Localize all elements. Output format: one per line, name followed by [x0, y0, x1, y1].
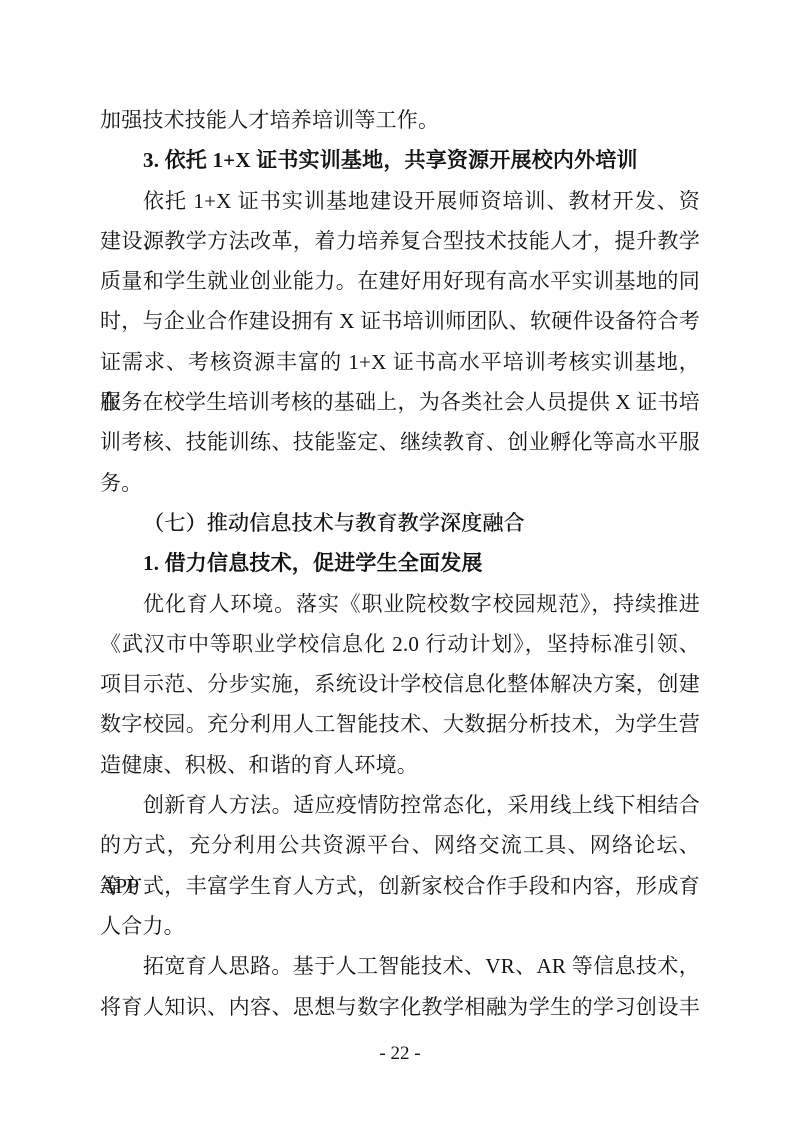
text-line: 将育人知识、内容、思想与数字化教学相融为学生的学习创设丰 — [100, 987, 700, 1027]
text-line: 加强技术技能人才培养培训等工作。 — [100, 100, 700, 140]
text-line: 项目示范、分步实施，系统设计学校信息化整体解决方案，创建 — [100, 664, 700, 704]
text-line: 《武汉市中等职业学校信息化 2.0 行动计划》，坚持标准引领、 — [100, 624, 700, 664]
text-line: 等方式，丰富学生育人方式，创新家校合作手段和内容，形成育 — [100, 866, 700, 906]
text-line: 建设、教学方法改革，着力培养复合型技术技能人才，提升教学 — [100, 221, 700, 261]
text-line: 证需求、考核资源丰富的 1+X 证书高水平培训考核实训基地，在 — [100, 342, 700, 382]
subheading-3: 3. 依托 1+X 证书实训基地，共享资源开展校内外培训 — [100, 140, 700, 180]
text-line: 造健康、积极、和谐的育人环境。 — [100, 745, 700, 785]
text-line: 服务在校学生培训考核的基础上，为各类社会人员提供 X 证书培 — [100, 382, 700, 422]
document-page: 加强技术技能人才培养培训等工作。 3. 依托 1+X 证书实训基地，共享资源开展… — [0, 0, 800, 1131]
subheading-1: 1. 借力信息技术，促进学生全面发展 — [100, 543, 700, 583]
section-heading-7: （七）推动信息技术与教育教学深度融合 — [100, 503, 700, 543]
text-line: 人合力。 — [100, 906, 700, 946]
text-line: 创新育人方法。适应疫情防控常态化，采用线上线下相结合 — [100, 785, 700, 825]
text-line: 拓宽育人思路。基于人工智能技术、VR、AR 等信息技术， — [100, 946, 700, 986]
text-line: 依托 1+X 证书实训基地建设开展师资培训、教材开发、资源 — [100, 181, 700, 221]
text-line: 的方式，充分利用公共资源平台、网络交流工具、网络论坛、APP — [100, 825, 700, 865]
text-line: 训考核、技能训练、技能鉴定、继续教育、创业孵化等高水平服 — [100, 422, 700, 462]
page-number: - 22 - — [0, 1042, 800, 1066]
document-body: 加强技术技能人才培养培训等工作。 3. 依托 1+X 证书实训基地，共享资源开展… — [100, 100, 700, 1027]
text-line: 数字校园。充分利用人工智能技术、大数据分析技术，为学生营 — [100, 704, 700, 744]
text-line: 务。 — [100, 463, 700, 503]
text-line: 优化育人环境。落实《职业院校数字校园规范》，持续推进 — [100, 584, 700, 624]
text-line: 质量和学生就业创业能力。在建好用好现有高水平实训基地的同 — [100, 261, 700, 301]
text-line: 时，与企业合作建设拥有 X 证书培训师团队、软硬件设备符合考 — [100, 301, 700, 341]
